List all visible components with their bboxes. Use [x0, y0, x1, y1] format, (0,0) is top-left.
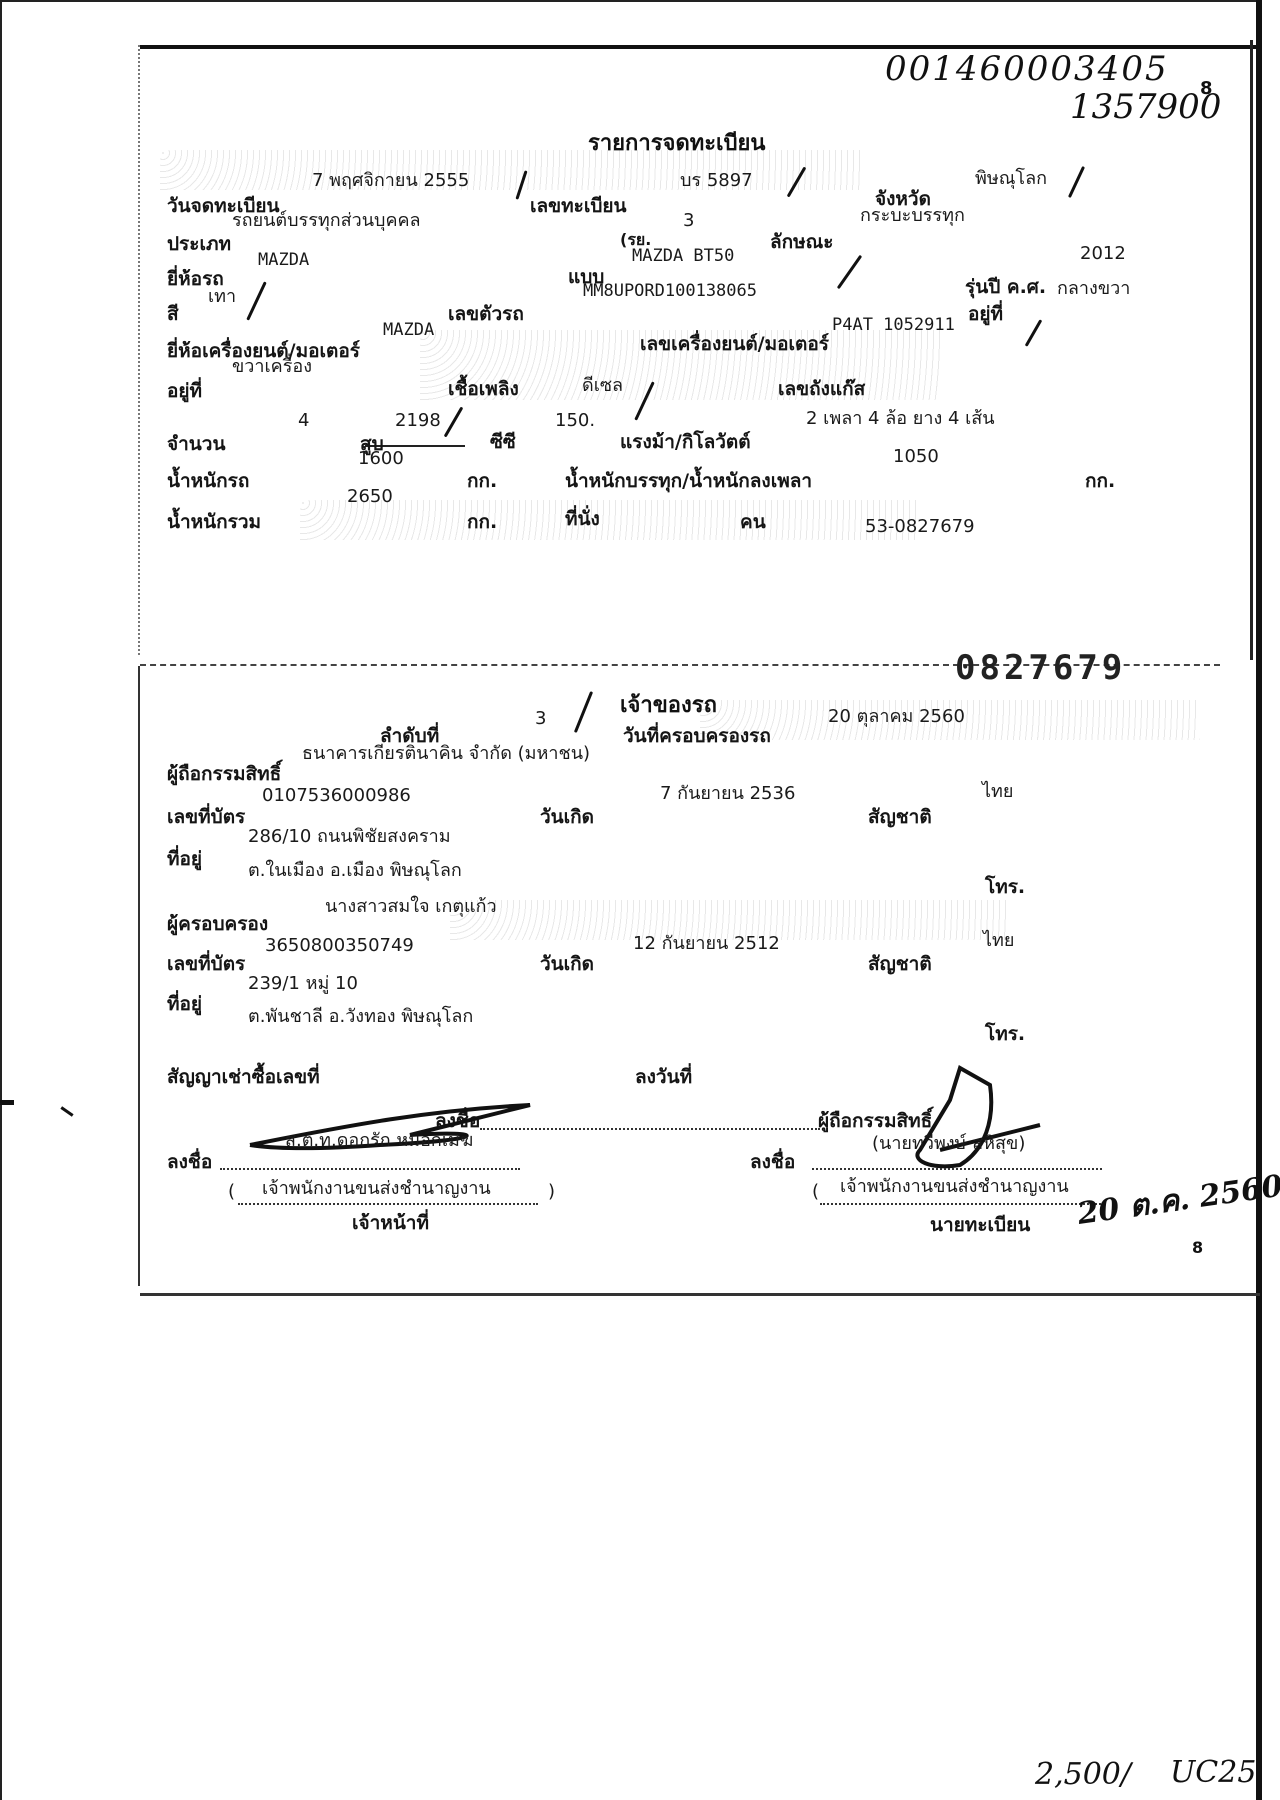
registrar-position: เจ้าพนักงานขนส่งชำนาญงาน: [840, 1178, 1069, 1196]
holder-address-line1: 286/10 ถนนพิชัยสงคราม: [248, 828, 451, 846]
model-value: MAZDA BT50: [632, 248, 734, 265]
handwritten-fee: 2,500/: [1035, 1760, 1131, 1790]
registrar-position-open: (: [812, 1183, 819, 1201]
owner-card-bottom-border: [140, 1293, 1260, 1296]
fuel-value: ดีเซล: [582, 377, 623, 395]
body-value: กระบะบรรทุก: [860, 207, 965, 225]
registrar-sign-line: [812, 1168, 1102, 1170]
vehicle-weight-value: 1600: [358, 450, 404, 468]
page-mark: 8: [1192, 1240, 1203, 1256]
engine-location-label: อยู่ที่: [167, 382, 202, 401]
officer-sign-label: ลงชื่อ: [167, 1153, 212, 1172]
engine-brand-value: MAZDA: [383, 322, 434, 339]
load-label: น้ำหนักบรรทุก/น้ำหนักลงเพลา: [565, 472, 812, 491]
holder-name-value: ธนาคารเกียรตินาคิน จำกัด (มหาชน): [302, 745, 590, 763]
officer-sign-line: [220, 1168, 520, 1170]
possessor-label: ผู้ครอบครอง: [167, 915, 268, 934]
order-value: 3: [535, 710, 546, 728]
type-value: รถยนต์บรรทุกส่วนบุคคล: [232, 212, 421, 230]
officer-title: เจ้าหน้าที่: [352, 1214, 429, 1233]
axle-value: 2 เพลา 4 ล้อ ยาง 4 เส้น: [806, 410, 995, 428]
officer-name: ส.ต.ท.ดอกรัก หมอกเมฆ: [285, 1132, 473, 1150]
possessor-name-value: นางสาวสมใจ เกตุแก้ว: [325, 898, 497, 916]
officer-position-open: (: [228, 1183, 235, 1201]
hp-label: แรงม้า/กิโลวัตต์: [620, 433, 751, 452]
engine-number-label: เลขเครื่องยนต์/มอเตอร์: [640, 335, 829, 354]
vehicle-weight-label: น้ำหนักรถ: [167, 472, 249, 491]
scan-noise: [160, 150, 860, 190]
handwritten-reference-number: 001460003405: [885, 52, 1169, 86]
holder-tel-label: โทร.: [985, 878, 1025, 897]
stamp-number: 0827679: [955, 648, 1126, 688]
officer-position: เจ้าพนักงานขนส่งชำนาญงาน: [262, 1180, 491, 1198]
handwritten-amount: 1357900: [1070, 90, 1221, 124]
handwritten-superscript: 8: [1200, 80, 1213, 98]
possessor-address-line1: 239/1 หมู่ 10: [248, 975, 358, 993]
holder-label: ผู้ถือกรรมสิทธิ์: [167, 765, 281, 784]
possessor-address-line2: ต.พันชาลี อ.วังทอง พิษณุโลก: [248, 1008, 473, 1026]
document-number: 53-0827679: [865, 518, 975, 536]
possessor-dob-value: 12 กันยายน 2512: [633, 935, 780, 953]
gross-weight-value: 2650: [347, 488, 393, 506]
registrar-name: (นายทวีพงษ์ สหิสุข): [872, 1135, 1025, 1153]
holder-dob-value: 7 กันยายน 2536: [660, 785, 795, 803]
chassis-label: เลขตัวรถ: [448, 305, 524, 324]
lease-contract-label: สัญญาเช่าซื้อเลขที่: [167, 1068, 320, 1087]
cc-unit: ซีซี: [490, 433, 516, 452]
registrar-position-line: [820, 1203, 1105, 1205]
holder-nationality-value: ไทย: [982, 783, 1013, 801]
possess-date-value: 20 ตุลาคม 2560: [828, 708, 965, 726]
possessor-address-label: ที่อยู่: [167, 995, 202, 1014]
scan-noise: [300, 500, 920, 540]
owner-title: เจ้าของรถ: [620, 695, 717, 717]
registrar-title: นายทะเบียน: [930, 1216, 1030, 1235]
seats-unit: คน: [740, 513, 766, 532]
holder-id-value: 0107536000986: [262, 787, 411, 805]
gas-tank-label: เลขถังแก๊ส: [778, 380, 865, 399]
holder-id-label: เลขที่บัตร: [167, 808, 245, 827]
possess-date-label: วันที่ครอบครองรถ: [623, 727, 771, 746]
color-value: เทา: [208, 288, 236, 306]
engine-number-value: P4AT 1052911: [832, 317, 955, 334]
body-label: ลักษณะ: [770, 233, 834, 252]
possessor-nationality-label: สัญชาติ: [868, 955, 932, 974]
scan-edge: [1256, 0, 1262, 1800]
officer-position-line: [238, 1203, 538, 1205]
province-value: พิษณุโลก: [975, 170, 1047, 188]
handwritten-code: UC25: [1170, 1758, 1256, 1788]
load-value: 1050: [893, 448, 939, 466]
registrar-sign-label: ลงชื่อ: [750, 1153, 795, 1172]
engine-location-value: ขวาเครื่อง: [232, 358, 312, 376]
year-label: รุ่นปี ค.ศ.: [965, 278, 1046, 297]
registrar-signature-scribble: [900, 1060, 1050, 1180]
chassis-value: MM8UPORD100138065: [583, 283, 757, 300]
year-value: 2012: [1080, 245, 1126, 263]
gross-weight-label: น้ำหนักรวม: [167, 513, 261, 532]
reg-date-value: 7 พฤศจิกายน 2555: [312, 172, 469, 190]
chassis-location-label: อยู่ที่: [968, 305, 1003, 324]
registration-title: รายการจดทะเบียน: [588, 133, 765, 155]
card-left-border: [138, 45, 140, 655]
possessor-id-label: เลขที่บัตร: [167, 955, 245, 974]
plate-label: เลขทะเบียน: [530, 197, 627, 216]
type-code-value: 3: [683, 212, 694, 230]
possessor-id-value: 3650800350749: [265, 937, 414, 955]
color-label: สี: [167, 305, 179, 324]
kg-unit: กก.: [467, 472, 497, 491]
cc-value: 2198: [395, 412, 441, 430]
brand-value: MAZDA: [258, 252, 309, 269]
seats-label: ที่นั่ง: [565, 510, 600, 529]
hp-value: 150.: [555, 412, 595, 430]
kg-unit: กก.: [1085, 472, 1115, 491]
possessor-tel-label: โทร.: [985, 1025, 1025, 1044]
fuel-label: เชื้อเพลิง: [448, 380, 519, 399]
holder-dob-label: วันเกิด: [540, 808, 594, 827]
type-label: ประเภท: [167, 235, 231, 254]
holder-address-label: ที่อยู่: [167, 850, 202, 869]
owner-card-left-border: [138, 666, 140, 1286]
kg-unit: กก.: [467, 513, 497, 532]
possessor-dob-label: วันเกิด: [540, 955, 594, 974]
cylinders-label: จำนวน: [167, 435, 225, 454]
possessor-nationality-value: ไทย: [983, 932, 1014, 950]
scan-mark: [0, 1100, 14, 1105]
holder-address-line2: ต.ในเมือง อ.เมือง พิษณุโลก: [248, 862, 462, 880]
chassis-location-value: กลางขวา: [1057, 280, 1130, 298]
holder-nationality-label: สัญชาติ: [868, 808, 932, 827]
officer-position-close: ): [548, 1183, 555, 1201]
plate-value: บร 5897: [680, 172, 753, 190]
sign-date-label: ลงวันที่: [635, 1068, 692, 1087]
card-right-border: [1250, 40, 1253, 660]
cylinders-value: 4: [298, 412, 309, 430]
